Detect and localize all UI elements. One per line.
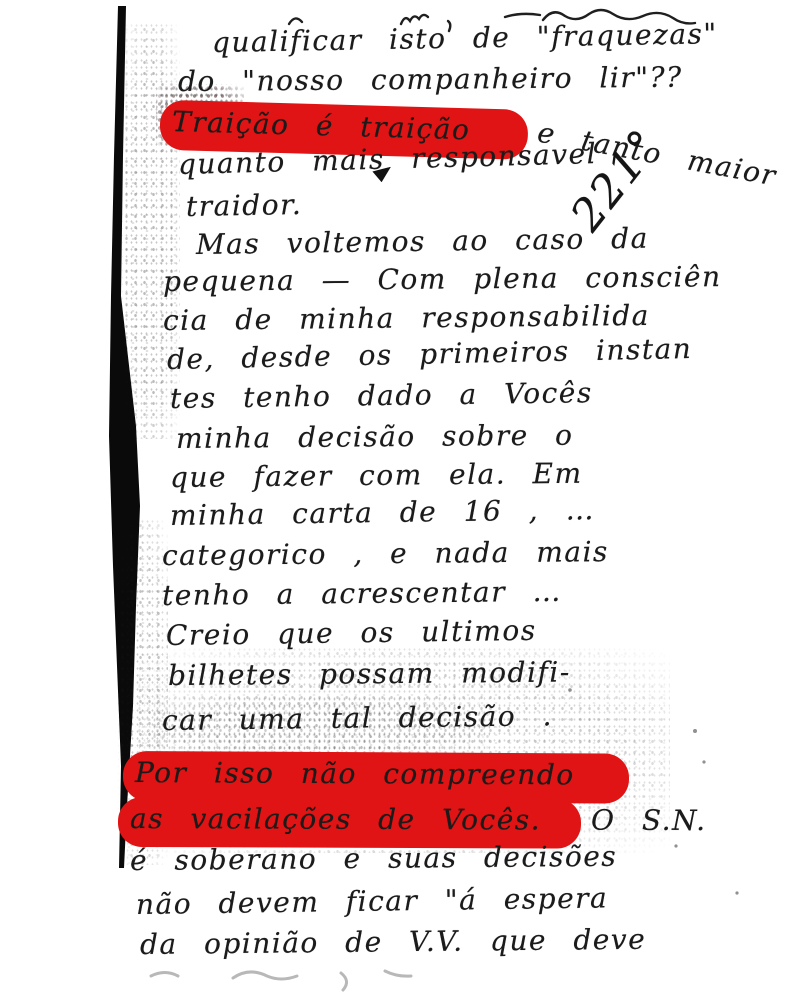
line-text: car uma tal decisão . <box>162 699 553 737</box>
line-text: de, desde os primeiros instan <box>167 332 693 376</box>
red-highlight-bar: Por isso não compreendo <box>123 751 629 804</box>
highlighted-text: Por isso não compreendo <box>135 756 575 791</box>
scanned-letter-page: qualificar isto de "fraquezas" do "nosso… <box>0 0 800 1000</box>
line-text: cia de minha responsabilida <box>163 299 650 337</box>
handwritten-line: da opinião de V.V. que deve <box>140 921 647 964</box>
handwritten-line: bilhetes possam modifi- <box>168 653 571 695</box>
line-text: Mas voltemos ao caso da <box>196 222 649 261</box>
line-text: que fazer com ela. Em <box>170 457 583 494</box>
line-text: traidor. <box>186 188 303 223</box>
line-text: da opinião de V.V. que deve <box>140 923 647 961</box>
handwritten-line: Creio que os ultimos <box>166 612 537 655</box>
line-text: O S.N. <box>591 802 707 840</box>
line-text: do "nosso companheiro lir"?? <box>178 61 683 98</box>
line-text: quanto mais responsavel <box>178 137 598 181</box>
handwritten-line: categorico , e nada mais <box>162 533 609 575</box>
handwritten-line: tes tenho dado a Vocês <box>170 374 593 418</box>
line-text: Creio que os ultimos <box>166 614 537 652</box>
handwritten-line: não devem ficar "á espera <box>136 879 609 924</box>
handwritten-line: minha decisão sobre o <box>176 417 574 458</box>
line-text: bilhetes possam modifi- <box>168 655 571 692</box>
highlighted-text: as vacilações de Vocês. <box>130 802 541 836</box>
line-text: minha decisão sobre o <box>176 419 574 455</box>
handwritten-line-highlighted: Por isso não compreendo <box>135 751 629 804</box>
line-text: minha carta de 16 , … <box>170 493 595 532</box>
handwritten-line: minha carta de 16 , … <box>170 491 595 535</box>
handwritten-line: Mas voltemos ao caso da <box>196 220 649 264</box>
line-text: é soberano e suas decisões <box>130 840 617 877</box>
line-text: pequena — Com plena consciên <box>163 260 722 298</box>
handwritten-line: é soberano e suas decisões <box>130 838 618 880</box>
line-text: categorico , e nada mais <box>162 535 609 572</box>
line-text: tes tenho dado a Vocês <box>170 376 593 415</box>
handwritten-line: traidor. <box>186 186 303 226</box>
line-text: não devem ficar "á espera <box>136 881 609 921</box>
handwritten-line: que fazer com ela. Em <box>170 455 583 497</box>
handwritten-line: tenho a acrescentar … <box>162 573 562 615</box>
handwritten-line: car uma tal decisão . <box>162 697 553 740</box>
line-text: tenho a acrescentar … <box>162 575 562 612</box>
line-text: qualificar isto de "fraquezas" <box>212 17 718 59</box>
handwritten-line: do "nosso companheiro lir"?? <box>178 59 683 101</box>
handwritten-line: pequena — Com plena consciên <box>163 258 722 301</box>
